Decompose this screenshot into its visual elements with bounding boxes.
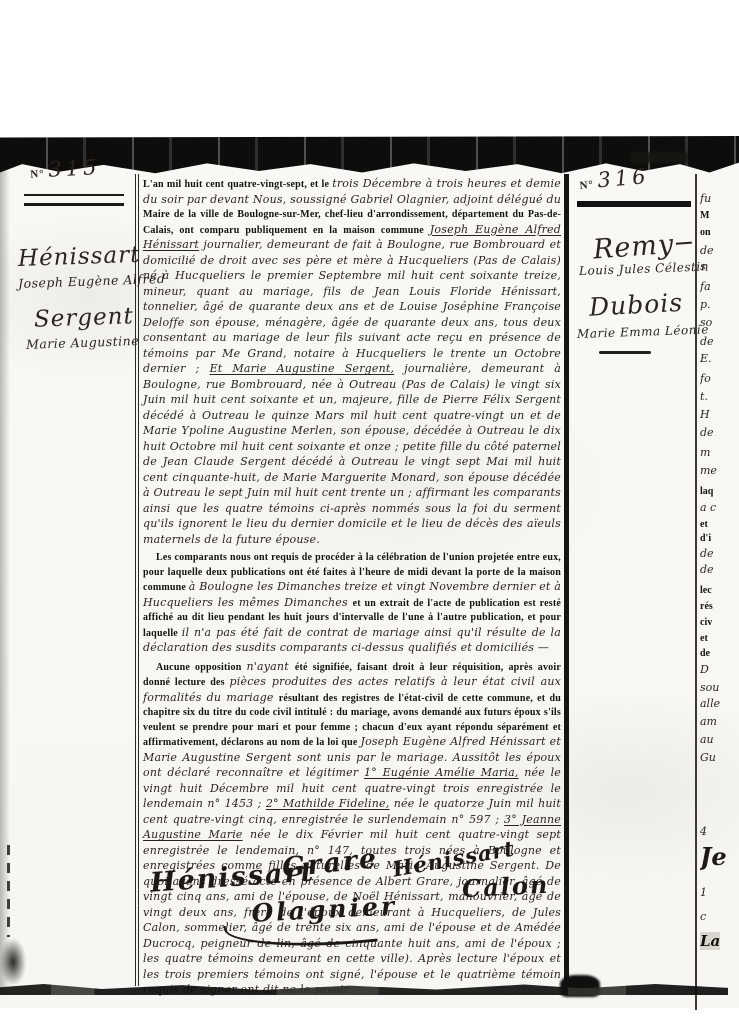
next-page-text-fragment: de [700, 648, 710, 659]
scanned-register-page: N° 315 Hénissart Joseph Eugène Alfred Se… [0, 0, 739, 1024]
next-page-text-fragment: de [700, 547, 714, 560]
signature-witness-calon: Calon [461, 870, 550, 904]
handwritten-text-segment: il n'a pas été fait de contrat de mariag… [143, 626, 561, 655]
next-page-text-fragment: fu [700, 192, 711, 205]
handwritten-text-segment: 2° Mathilde Fideline, [266, 797, 390, 810]
margin-bride-surname: Sergent [34, 303, 135, 332]
next-page-text-fragment: s [700, 260, 706, 273]
margin-rule-316 [577, 201, 691, 207]
next-page-text-fragment: D [700, 663, 709, 676]
act-paragraph-celebration: Aucune opposition n'ayant été signifiée,… [143, 660, 561, 999]
printed-text-segment: L'an mil huit cent quatre-vingt-sept, et… [143, 179, 332, 190]
next-page-text-fragment: so [700, 316, 712, 329]
next-page-text-fragment: fa [700, 280, 711, 293]
next-page-text-fragment: de [700, 563, 714, 576]
next-page-left-rule [695, 174, 697, 1010]
next-page-text-fragment: fo [700, 372, 711, 385]
next-page-text-fragment: 1 [700, 886, 707, 899]
next-page-text-fragment: civ [700, 617, 712, 628]
next-page-text-fragment: E. [700, 352, 712, 365]
next-page-text-fragment: d'i [700, 533, 711, 544]
next-page-text-fragment: p. [700, 298, 711, 311]
margin-small-rule [599, 351, 651, 354]
next-page-text-fragment: me [700, 464, 717, 477]
main-column-right-rule [564, 174, 569, 986]
margin-husband-given-names: Louis Jules Célestin [579, 260, 693, 278]
margin-act-316: N° 316 Remy Louis Jules Célestin Dubois … [575, 152, 693, 354]
next-page-text-fragment: au [700, 733, 714, 746]
next-page-text-fragment: et [700, 519, 708, 530]
margin-bride-given-names: Marie Augustine [26, 333, 134, 352]
margin-act-315: N° 315 Hénissart Joseph Eugène Alfred Se… [12, 156, 134, 350]
next-page-text-fragment: m [700, 446, 710, 459]
act-number-value: 315 [48, 155, 101, 182]
act-number-label: N° [30, 168, 45, 181]
next-page-text-fragment: rés [700, 601, 713, 612]
act-paragraph-comparution: L'an mil huit cent quatre-vingt-sept, et… [143, 177, 561, 548]
next-page-text-fragment: t. [700, 390, 708, 403]
next-page-text-fragment: de [700, 335, 714, 348]
next-page-text-fragment: H [700, 408, 710, 421]
binding-marks [7, 845, 10, 937]
printed-text-segment: Aucune opposition [156, 662, 246, 673]
next-page-text-fragment: on [700, 227, 711, 238]
next-page-text-fragment: lec [700, 585, 712, 596]
margin-groom-surname: Hénissart [18, 242, 135, 272]
handwritten-text-segment: 1° Eugénie Amélie Maria, [364, 766, 519, 779]
handwritten-text-segment: journalier, demeurant de fait à Boulogne… [143, 238, 561, 375]
next-page-text-fragment: de [700, 426, 714, 439]
margin-groom-given-names: Joseph Eugène Alfred [18, 272, 134, 291]
next-page-text-strip: fuMondesfap.sodeE.fot.Hdemmelaqa cetd'id… [700, 180, 739, 980]
act-paragraph-publications: Les comparants nous ont requis de procéd… [143, 551, 561, 657]
bottom-left-smudge [0, 938, 26, 986]
next-page-text-fragment: de [700, 244, 714, 257]
handwritten-text-segment: n'ayant [246, 660, 294, 673]
handwritten-text-segment: Et Marie Augustine Sergent, [210, 362, 395, 375]
next-page-text-fragment: am [700, 715, 717, 728]
margin-wife-given-names: Marie Emma Léonie [577, 323, 693, 341]
next-page-text-fragment: a c [700, 501, 716, 514]
margin-wife-surname: Dubois [588, 287, 693, 321]
act-number-315: N° 315 [29, 153, 134, 182]
next-page-text-fragment: alle [700, 697, 720, 710]
handwritten-text-segment: journalière, demeurant à Boulogne, rue B… [143, 362, 561, 546]
next-page-text-fragment: Je [700, 842, 727, 871]
main-column-left-rule [135, 174, 139, 986]
next-page-text-fragment: Gu [700, 751, 716, 764]
next-page-text-fragment: La [700, 932, 720, 950]
next-page-text-fragment: et [700, 633, 708, 644]
next-page-text-fragment: sou [700, 681, 719, 694]
signature-officer-olagnier: Olagnier [251, 891, 399, 951]
next-page-text-fragment: M [700, 210, 709, 221]
act-number-label: N° [579, 179, 594, 192]
next-page-text-fragment: laq [700, 486, 713, 497]
act-number-316: N° 316 [578, 160, 694, 194]
margin-rule-315 [24, 194, 124, 206]
next-page-text-fragment: 4 [700, 825, 707, 838]
next-page-text-fragment: c [700, 910, 706, 923]
act-number-value: 316 [596, 164, 650, 192]
